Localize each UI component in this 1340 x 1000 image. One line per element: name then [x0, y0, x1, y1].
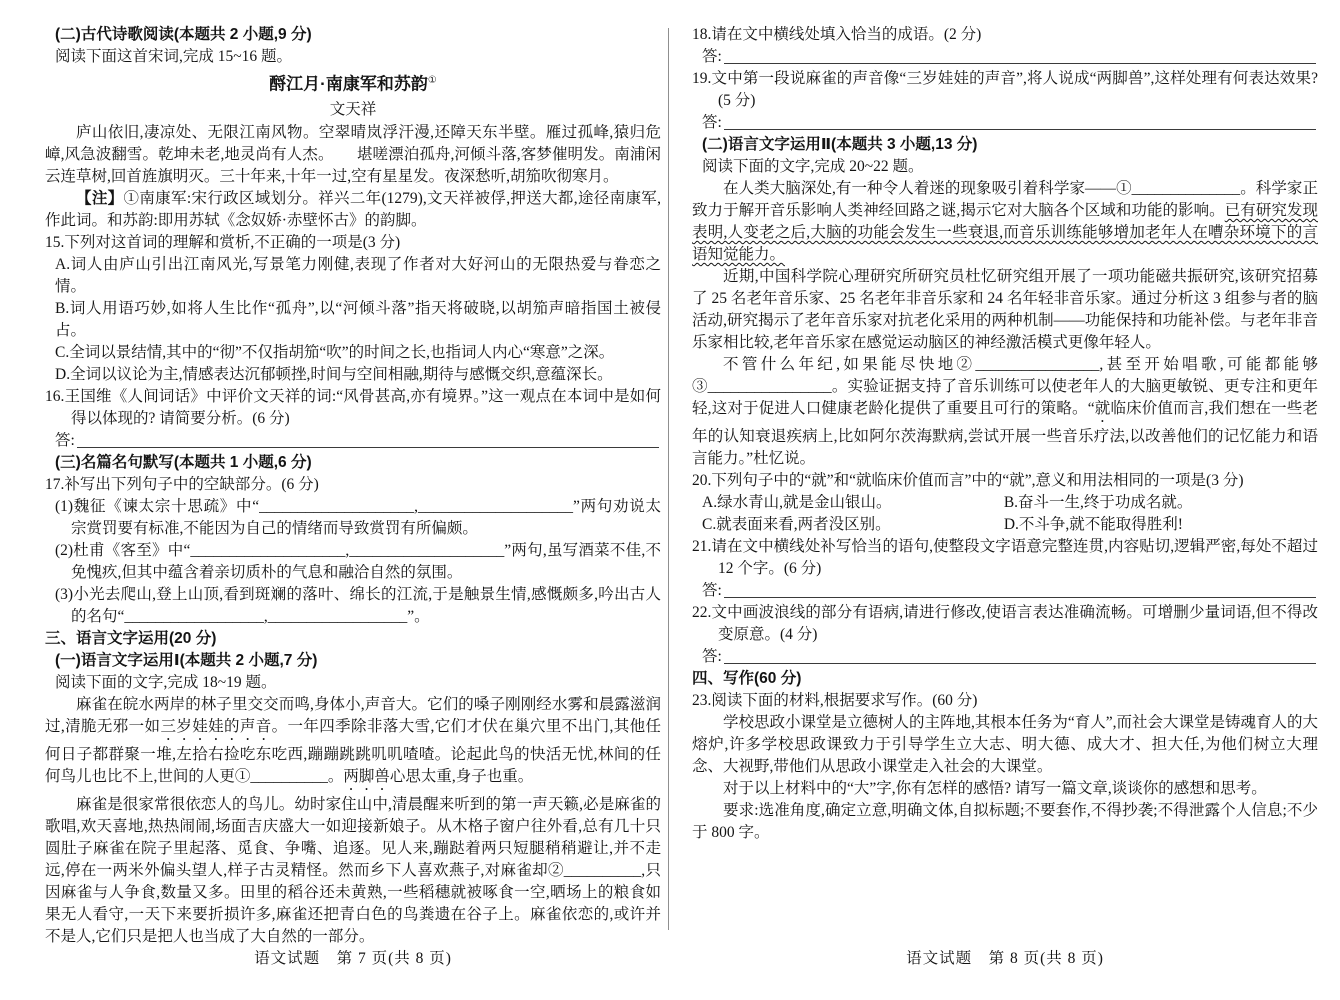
- exam-paper: (二)古代诗歌阅读(本题共 2 小题,9 分) 阅读下面这首宋词,完成 15~1…: [0, 0, 1340, 1000]
- question-15-option-a: A.词人由庐山引出江南风光,写景笔力刚健,表现了作者对大好河山的无限热爱与眷恋之…: [45, 254, 661, 298]
- passage-text: 心思太重,身子也重。: [390, 768, 533, 785]
- answer-row-21: 答:: [692, 580, 1318, 602]
- answer-label: 答:: [702, 112, 722, 134]
- question-16-stem: 16.王国维《人间词话》中评价文天祥的词:“风骨甚高,亦有境界。”这一观点在本词…: [45, 386, 661, 430]
- poem-title: 酹江月·南康军和苏韵①: [45, 68, 661, 98]
- section-heading-language-use: 三、语言文字运用(20 分): [45, 628, 661, 650]
- question-20-options-row-2: C.就表面来看,两者没区别。D.不斗争,就不能取得胜利!: [692, 514, 1318, 536]
- answer-row-18: 答:: [692, 46, 1318, 68]
- note-text: ①南康军:宋行政区域划分。祥兴二年(1279),文天祥被俘,押送大都,途径南康军…: [45, 190, 661, 229]
- question-17-item-2: (2)杜甫《客至》中“____________________,________…: [45, 540, 661, 584]
- question-20-option-a: A.绿水青山,就是金山银山。: [702, 492, 1004, 514]
- answer-blank-line: [724, 663, 1316, 664]
- answer-label: 答:: [702, 646, 722, 668]
- section-heading-writing: 四、写作(60 分): [692, 668, 1318, 690]
- question-22-stem: 22.文中画波浪线的部分有语病,请进行修改,使语言表达准确流畅。可增删少量词语,…: [692, 602, 1318, 646]
- poem-body: 庐山依旧,凄凉处、无限江南风物。空翠晴岚浮汗漫,还障天东半壁。雁过孤峰,猿归危嶂…: [45, 122, 661, 188]
- answer-label: 答:: [702, 580, 722, 602]
- section-heading-mingju-dictation: (三)名篇名句默写(本题共 1 小题,6 分): [45, 452, 661, 474]
- music-passage-instructions: 阅读下面的文字,完成 20~22 题。: [692, 156, 1318, 178]
- answer-blank-line: [77, 447, 659, 448]
- poetry-instructions: 阅读下面这首宋词,完成 15~16 题。: [45, 46, 661, 68]
- question-20-options-row-1: A.绿水青山,就是金山银山。B.奋斗一生,终于功成名就。: [692, 492, 1318, 514]
- question-23-stem: 23.阅读下面的材料,根据要求写作。(60 分): [692, 690, 1318, 712]
- answer-blank-line: [724, 597, 1316, 598]
- question-15-stem: 15.下列对这首词的理解和赏析,不正确的一项是(3 分): [45, 232, 661, 254]
- poem-author: 文天祥: [45, 98, 661, 122]
- answer-label: 答:: [702, 46, 722, 68]
- emphasis-dotted-text: 就: [1095, 400, 1111, 417]
- note-label: 【注】: [76, 190, 124, 207]
- section-heading-language-use-1: (一)语言文字运用Ⅰ(本题共 2 小题,7 分): [45, 650, 661, 672]
- page-8-footer: 语文试题 第 8 页(共 8 页): [692, 948, 1318, 970]
- question-15-option-b: B.词人用语巧妙,如将人生比作“孤舟”,以“河倾斗落”指天将破晓,以胡笳声暗指国…: [45, 298, 661, 342]
- question-17-item-3: (3)小光去爬山,登上山顶,看到斑斓的落叶、绵长的江流,于是触景生情,感慨颇多,…: [45, 584, 661, 628]
- answer-blank-line: [724, 129, 1316, 130]
- answer-row-19: 答:: [692, 112, 1318, 134]
- page-7-footer: 语文试题 第 7 页(共 8 页): [45, 948, 661, 970]
- poem-title-text: 酹江月·南康军和苏韵: [269, 75, 428, 94]
- emphasis-dotted-text: 三岁娃娃的声音: [160, 718, 271, 735]
- question-20-option-d: D.不斗争,就不能取得胜利!: [1004, 514, 1318, 536]
- question-17-stem: 17.补写出下列句子中的空缺部分。(6 分): [45, 474, 661, 496]
- question-20-option-c: C.就表面来看,两者没区别。: [702, 514, 1004, 536]
- sparrow-passage-paragraph-1: 麻雀在皖水两岸的林子里交交而鸣,身体小,声音大。它们的嗓子刚刚经水雾和晨露滋润过…: [45, 694, 661, 794]
- question-15-option-c: C.全词以景结情,其中的“彻”不仅指胡笳“吹”的时间之长,也指词人内心“寒意”之…: [45, 342, 661, 364]
- answer-label: 答:: [55, 430, 75, 452]
- sparrow-passage-instructions: 阅读下面的文字,完成 18~19 题。: [45, 672, 661, 694]
- section-heading-ancient-poetry: (二)古代诗歌阅读(本题共 2 小题,9 分): [45, 24, 661, 46]
- page-7-column: (二)古代诗歌阅读(本题共 2 小题,9 分) 阅读下面这首宋词,完成 15~1…: [45, 24, 661, 948]
- note-reference-mark: ①: [428, 75, 437, 86]
- question-19-stem: 19.文中第一段说麻雀的声音像“三岁娃娃的声音”,将人说成“两脚兽”,这样处理有…: [692, 68, 1318, 112]
- page-8-column: 18.请在文中横线处填入恰当的成语。(2 分) 答: 19.文中第一段说麻雀的声…: [692, 24, 1318, 844]
- section-heading-language-use-2: (二)语言文字运用Ⅱ(本题共 3 小题,13 分): [692, 134, 1318, 156]
- question-20-stem: 20.下列句子中的“就”和“就临床价值而言”中的“就”,意义和用法相同的一项是(…: [692, 470, 1318, 492]
- essay-material-paragraph-2: 对于以上材料中的“大”字,你有怎样的感悟? 请写一篇文章,谈谈你的感想和思考。: [692, 778, 1318, 800]
- essay-material-paragraph-1: 学校思政小课堂是立德树人的主阵地,其根本任务为“育人”,而社会大课堂是铸魂育人的…: [692, 712, 1318, 778]
- question-20-option-b: B.奋斗一生,终于功成名就。: [1004, 492, 1318, 514]
- question-18-stem: 18.请在文中横线处填入恰当的成语。(2 分): [692, 24, 1318, 46]
- question-21-stem: 21.请在文中横线处补写恰当的语句,使整段文字语意完整连贯,内容贴切,逻辑严密,…: [692, 536, 1318, 580]
- answer-row-22: 答:: [692, 646, 1318, 668]
- question-15-option-d: D.全词以议论为主,情感表达沉郁顿挫,时间与空间相融,期待与感慨交织,意蕴深长。: [45, 364, 661, 386]
- emphasis-dotted-text: 两脚兽: [343, 768, 390, 785]
- music-passage-paragraph-2: 近期,中国科学院心理研究所研究员杜忆研究组开展了一项功能磁共振研究,该研究招募了…: [692, 266, 1318, 354]
- essay-material-paragraph-3: 要求:选准角度,确定立意,明确文体,自拟标题;不要套作,不得抄袭;不得泄露个人信…: [692, 800, 1318, 844]
- poem-note: 【注】①南康军:宋行政区域划分。祥兴二年(1279),文天祥被俘,押送大都,途径…: [45, 188, 661, 232]
- column-divider: [668, 28, 669, 930]
- sparrow-passage-paragraph-2: 麻雀是很家常很依恋人的鸟儿。幼时家住山中,清晨醒来听到的第一声天籁,必是麻雀的歌…: [45, 794, 661, 948]
- answer-blank-line: [724, 63, 1316, 64]
- music-passage-paragraph-1: 在人类大脑深处,有一种令人着迷的现象吸引着科学家——①_____________…: [692, 178, 1318, 266]
- answer-row-16: 答:: [45, 430, 661, 452]
- question-17-item-1: (1)魏征《谏太宗十思疏》中“____________________,____…: [45, 496, 661, 540]
- music-passage-paragraph-3: 不管什么年纪,如果能尽快地②________________,甚至开始唱歌,可能…: [692, 354, 1318, 470]
